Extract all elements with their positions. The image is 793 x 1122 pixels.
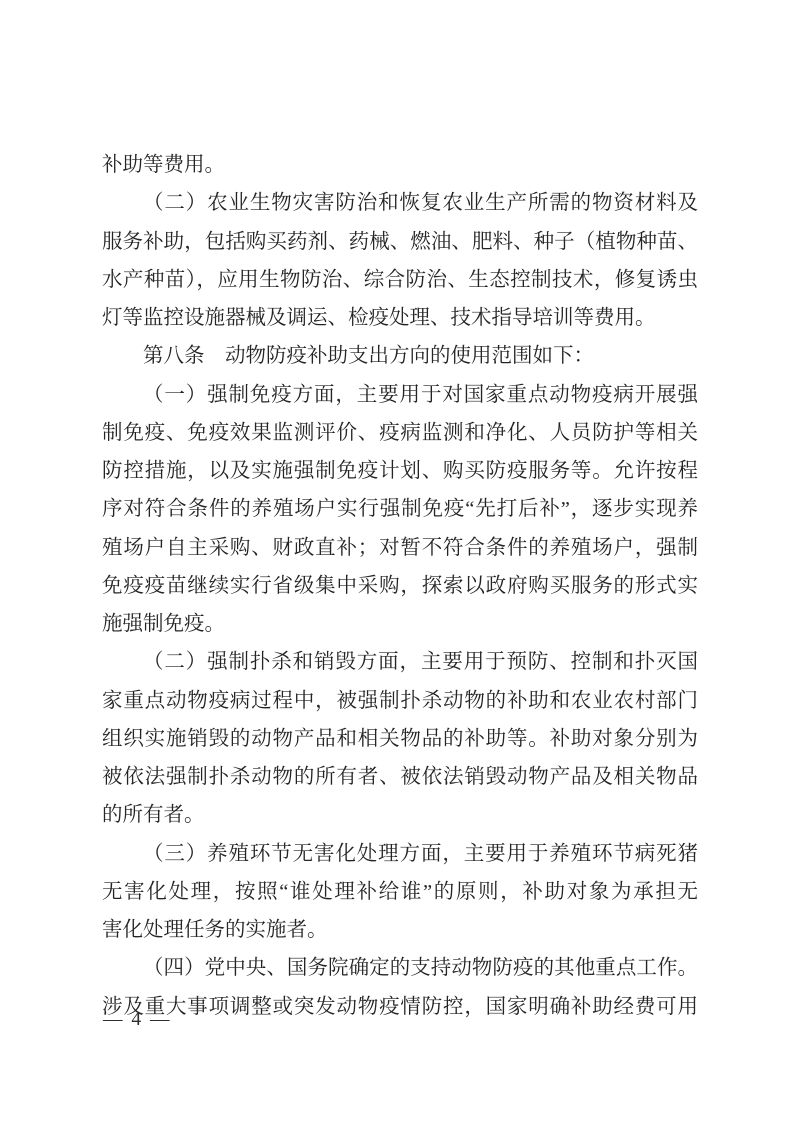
text-line: 制免疫、免疫效果监测评价、疫病监测和净化、人员防护等相关	[102, 414, 698, 452]
text-line: 序对符合条件的养殖场户实行强制免疫“先打后补”，逐步实现养	[102, 490, 698, 528]
document-body: 补助等费用。 （二）农业生物灾害防治和恢复农业生产所需的物资材料及 服务补助，包…	[102, 146, 698, 1026]
text-line: 殖场户自主采购、财政直补；对暂不符合条件的养殖场户，强制	[102, 529, 698, 567]
text-line: 施强制免疫。	[102, 605, 698, 643]
text-line: 免疫疫苗继续实行省级集中采购，探索以政府购买服务的形式实	[102, 567, 698, 605]
text-line: 涉及重大事项调整或突发动物疫情防控，国家明确补助经费可用	[102, 988, 698, 1026]
text-line: （二）农业生物灾害防治和恢复农业生产所需的物资材料及	[102, 184, 698, 222]
document-page: 补助等费用。 （二）农业生物灾害防治和恢复农业生产所需的物资材料及 服务补助，包…	[0, 0, 793, 1122]
text-line: 家重点动物疫病过程中，被强制扑杀动物的补助和农业农村部门	[102, 682, 698, 720]
text-line: 被依法强制扑杀动物的所有者、被依法销毁动物产品及相关物品	[102, 758, 698, 796]
text-line: 无害化处理，按照“谁处理补给谁”的原则，补助对象为承担无	[102, 873, 698, 911]
text-line: （四）党中央、国务院确定的支持动物防疫的其他重点工作。	[102, 949, 698, 987]
text-line: 害化处理任务的实施者。	[102, 911, 698, 949]
text-line: 第八条 动物防疫补助支出方向的使用范围如下：	[102, 337, 698, 375]
text-line: （二）强制扑杀和销毁方面，主要用于预防、控制和扑灭国	[102, 643, 698, 681]
text-line: 的所有者。	[102, 796, 698, 834]
text-line: 组织实施销毁的动物产品和相关物品的补助等。补助对象分别为	[102, 720, 698, 758]
text-line: （一）强制免疫方面，主要用于对国家重点动物疫病开展强	[102, 376, 698, 414]
text-line: 补助等费用。	[102, 146, 698, 184]
text-line: 防控措施，以及实施强制免疫计划、购买防疫服务等。允许按程	[102, 452, 698, 490]
text-line: 服务补助，包括购买药剂、药械、燃油、肥料、种子（植物种苗、	[102, 223, 698, 261]
text-line: 水产种苗），应用生物防治、综合防治、生态控制技术，修复诱虫	[102, 261, 698, 299]
page-number: — 4 —	[103, 1005, 172, 1035]
text-line: 灯等监控设施器械及调运、检疫处理、技术指导培训等费用。	[102, 299, 698, 337]
text-line: （三）养殖环节无害化处理方面，主要用于养殖环节病死猪	[102, 835, 698, 873]
